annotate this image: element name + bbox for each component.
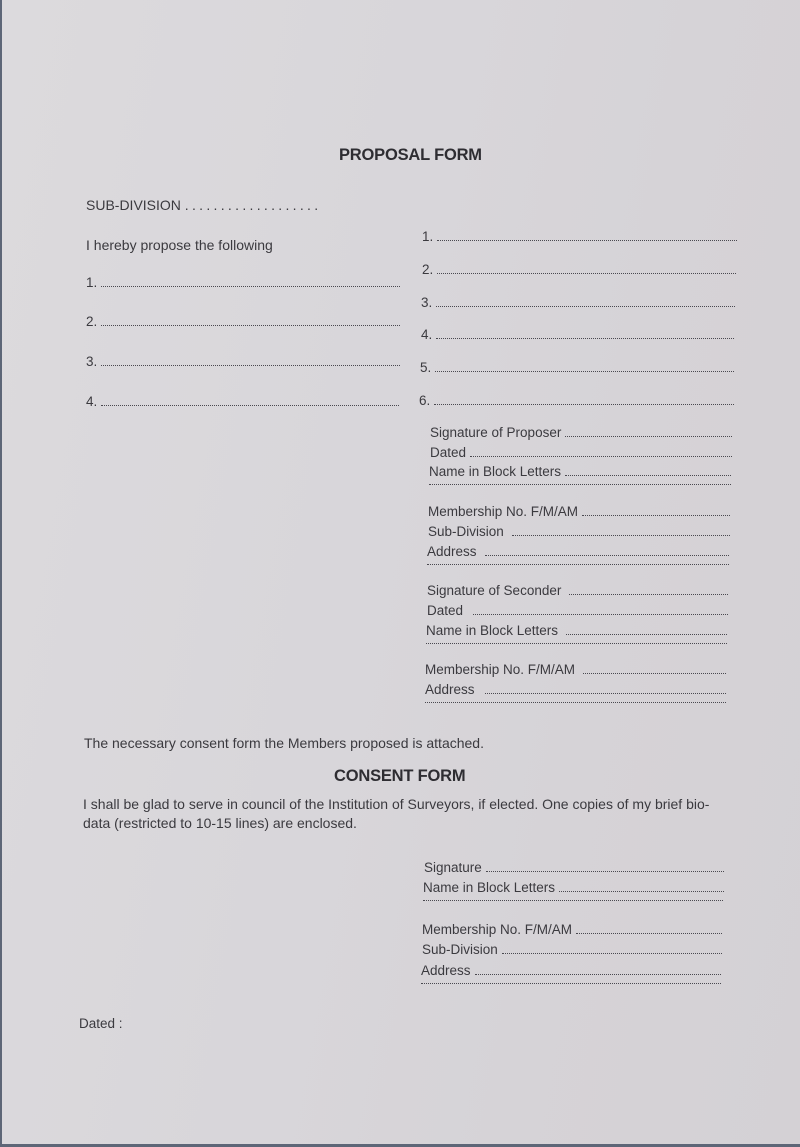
line-number: 1. bbox=[422, 229, 433, 244]
line-number: 2. bbox=[422, 262, 433, 277]
dotted-line bbox=[429, 484, 731, 485]
consent-signature-field[interactable]: Signature bbox=[424, 860, 724, 875]
dotted-line bbox=[486, 871, 724, 872]
field-label: Membership No. F/M/AM bbox=[425, 662, 575, 677]
dotted-line bbox=[423, 900, 723, 901]
line-number: 4. bbox=[86, 394, 97, 409]
seconder-signature-field[interactable]: Signature of Seconder bbox=[427, 583, 728, 598]
proposer-subdivision-field[interactable]: Sub-Division bbox=[428, 524, 730, 539]
consent-subdivision-field[interactable]: Sub-Division bbox=[422, 942, 722, 957]
proposer-dated-field[interactable]: Dated bbox=[430, 445, 732, 460]
sub-division-field[interactable]: SUB-DIVISION ................... bbox=[86, 197, 321, 213]
field-label: Dated bbox=[430, 445, 466, 460]
dotted-line bbox=[470, 456, 732, 457]
field-label: Signature of Proposer bbox=[430, 425, 561, 440]
consent-dated-label: Dated : bbox=[79, 1016, 123, 1031]
dotted-line bbox=[583, 673, 726, 674]
field-label: Address bbox=[425, 682, 475, 697]
dotted-line bbox=[101, 286, 400, 287]
seconder-membership-field[interactable]: Membership No. F/M/AM bbox=[425, 662, 726, 677]
dotted-line bbox=[426, 643, 727, 644]
right-line-3[interactable]: 3. bbox=[421, 295, 735, 310]
consent-statement: I shall be glad to serve in council of t… bbox=[83, 795, 733, 833]
field-label: Membership No. F/M/AM bbox=[422, 922, 572, 937]
dotted-line bbox=[101, 405, 399, 406]
dotted-line bbox=[485, 693, 726, 694]
proposer-signature-field[interactable]: Signature of Proposer bbox=[430, 425, 732, 440]
dotted-line bbox=[427, 564, 729, 565]
dotted-line bbox=[559, 891, 724, 892]
consent-address-continuation[interactable] bbox=[421, 983, 721, 987]
seconder-address-continuation[interactable] bbox=[425, 702, 726, 706]
dotted-line bbox=[512, 535, 730, 536]
seconder-name-continuation[interactable] bbox=[426, 643, 727, 647]
consent-membership-field[interactable]: Membership No. F/M/AM bbox=[422, 922, 722, 937]
dotted-line bbox=[566, 634, 727, 635]
form-page: PROPOSAL FORM SUB-DIVISION .............… bbox=[2, 0, 800, 1144]
line-number: 3. bbox=[86, 354, 97, 369]
right-line-4[interactable]: 4. bbox=[421, 327, 734, 342]
nominee-line-2[interactable]: 2. bbox=[86, 314, 400, 329]
line-number: 1. bbox=[86, 275, 97, 290]
proposal-intro: I hereby propose the following bbox=[86, 237, 273, 253]
dotted-line bbox=[437, 240, 737, 241]
dotted-line bbox=[473, 614, 728, 615]
field-label: Signature bbox=[424, 860, 482, 875]
nominee-line-1[interactable]: 1. bbox=[86, 275, 400, 290]
dotted-line bbox=[101, 365, 400, 366]
dotted-line bbox=[434, 404, 734, 405]
consent-address-field[interactable]: Address bbox=[421, 963, 721, 978]
field-label: Sub-Division bbox=[422, 942, 498, 957]
right-line-1[interactable]: 1. bbox=[422, 229, 737, 244]
dotted-line bbox=[435, 371, 734, 372]
field-label: Dated bbox=[427, 603, 463, 618]
dotted-line bbox=[502, 953, 722, 954]
field-label: Address bbox=[421, 963, 471, 978]
proposer-membership-field[interactable]: Membership No. F/M/AM bbox=[428, 504, 730, 519]
dotted-line bbox=[569, 594, 728, 595]
line-number: 2. bbox=[86, 314, 97, 329]
field-label: Sub-Division bbox=[428, 524, 504, 539]
proposal-form-title: PROPOSAL FORM bbox=[339, 146, 482, 165]
proposer-name-field[interactable]: Name in Block Letters bbox=[429, 464, 731, 479]
dotted-line bbox=[437, 273, 736, 274]
dotted-line bbox=[436, 338, 734, 339]
field-label: Name in Block Letters bbox=[426, 623, 558, 638]
proposer-name-continuation[interactable] bbox=[429, 484, 731, 488]
right-line-6[interactable]: 6. bbox=[419, 393, 734, 408]
field-label: Name in Block Letters bbox=[423, 880, 555, 895]
dotted-line bbox=[576, 933, 722, 934]
right-line-2[interactable]: 2. bbox=[422, 262, 736, 277]
nominee-line-3[interactable]: 3. bbox=[86, 354, 400, 369]
line-number: 5. bbox=[420, 360, 431, 375]
seconder-address-field[interactable]: Address bbox=[425, 682, 726, 697]
sub-division-label: SUB-DIVISION bbox=[86, 197, 181, 213]
dotted-line bbox=[101, 325, 400, 326]
dotted-line bbox=[565, 475, 731, 476]
dotted-line bbox=[565, 436, 732, 437]
attachment-note: The necessary consent form the Members p… bbox=[84, 735, 484, 751]
field-label: Membership No. F/M/AM bbox=[428, 504, 578, 519]
line-number: 3. bbox=[421, 295, 432, 310]
consent-name-field[interactable]: Name in Block Letters bbox=[423, 880, 724, 895]
sub-division-dots: ................... bbox=[185, 197, 322, 213]
seconder-dated-field[interactable]: Dated bbox=[427, 603, 728, 618]
proposer-address-field[interactable]: Address bbox=[427, 544, 729, 559]
field-label: Address bbox=[427, 544, 477, 559]
dotted-line bbox=[475, 974, 721, 975]
right-line-5[interactable]: 5. bbox=[420, 360, 734, 375]
nominee-line-4[interactable]: 4. bbox=[86, 394, 399, 409]
dotted-line bbox=[582, 515, 730, 516]
dotted-line bbox=[485, 555, 729, 556]
dotted-line bbox=[421, 983, 721, 984]
line-number: 4. bbox=[421, 327, 432, 342]
dotted-line bbox=[425, 702, 726, 703]
field-label: Signature of Seconder bbox=[427, 583, 561, 598]
field-label: Name in Block Letters bbox=[429, 464, 561, 479]
seconder-name-field[interactable]: Name in Block Letters bbox=[426, 623, 727, 638]
line-number: 6. bbox=[419, 393, 430, 408]
consent-form-title: CONSENT FORM bbox=[334, 767, 465, 786]
proposer-address-continuation[interactable] bbox=[427, 564, 729, 568]
consent-name-continuation[interactable] bbox=[423, 900, 723, 904]
dotted-line bbox=[436, 306, 735, 307]
